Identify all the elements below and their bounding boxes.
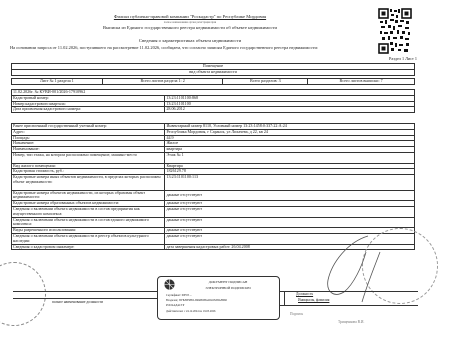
request-basis: На основании запроса от 11.02.2026, пост… <box>10 45 318 50</box>
row-value: данные отсутствуют <box>165 190 415 201</box>
sheets-table: Лист № 1 раздела 1 Всего листов раздела … <box>11 78 415 85</box>
esign-validity: Действителен: с 24.12.2024 по 19.03.2026 <box>166 309 215 314</box>
divider <box>13 291 158 292</box>
total-sheets-count: Всего листов выписки: 7 <box>308 79 415 85</box>
row-value: 13:23:1101100:113 <box>165 175 415 190</box>
divider <box>13 298 158 299</box>
signer-name: Трищенкова В.И. <box>338 320 364 325</box>
electronic-signature-box: ДОКУМЕНТ ПОДПИСАН ЭЛЕКТРОННОЙ ПОДПИСЬЮ С… <box>157 276 280 320</box>
esign-subtitle: ЭЛЕКТРОННОЙ ПОДПИСЬЮ <box>178 286 278 291</box>
section-sheet: Раздел 1 Лист 1 <box>389 56 417 61</box>
agency-caption: полное наименование органа регистрации п… <box>0 20 380 25</box>
divider <box>278 305 418 306</box>
row-label: Кадастровые номера иных объектов недвижи… <box>12 175 165 190</box>
qr-code-icon <box>378 7 412 55</box>
object-type-caption: вид объекта недвижимости <box>12 69 415 75</box>
handwritten-signature-icon <box>318 232 398 314</box>
row-label: Сведения о включении объекта недвижимост… <box>12 206 165 217</box>
row-value: данные отсутствуют <box>165 217 415 228</box>
document-title: Выписка из Единого государственного реес… <box>0 25 380 30</box>
row-value: данные отсутствуют <box>165 206 415 217</box>
sheet-number: Лист № 1 раздела 1 <box>12 79 103 85</box>
table-row: Кадастровые номера иных объектов недвижи… <box>12 175 415 190</box>
row-label: Сведения о кадастровом инженере: <box>12 244 165 250</box>
row-label: Кадастровые номера объектов недвижимости… <box>12 190 165 201</box>
row-label: Номер, тип этажа, на котором расположено… <box>12 152 165 163</box>
table-row: Сведения о включении объекта недвижимост… <box>12 206 415 217</box>
assign-date-label: Дата присвоения кадастрового номера: <box>12 107 165 113</box>
sections-count: Всего разделов: 3 <box>223 79 308 85</box>
seal-stamp-left <box>0 262 46 326</box>
esign-title: ДОКУМЕНТ ПОДПИСАН <box>178 280 278 285</box>
esign-owner-org: РОСКАДАСТР <box>166 303 184 308</box>
assign-date-value: 28.06.2012 <box>165 107 415 113</box>
row-value: Этаж № 1 <box>165 152 415 163</box>
initials-label: Инициалы, фамилия <box>298 298 329 303</box>
table-row: Кадастровые номера объектов недвижимости… <box>12 190 415 201</box>
row-label: Сведения о включении объекта недвижимост… <box>12 217 165 228</box>
object-type-table: Помещение вид объекта недвижимости <box>11 63 415 76</box>
position-label: Должность <box>296 292 313 297</box>
signature-label: Подпись <box>290 312 303 317</box>
section-sheets-count: Всего листов раздела 1: 2 <box>102 79 223 85</box>
agency-name: Филиал публично-правовой компании "Роска… <box>0 14 380 19</box>
divider <box>284 291 285 305</box>
document-subtitle: Сведения о характеристиках объекта недви… <box>0 38 380 43</box>
table-row: Сведения о включении объекта недвижимост… <box>12 217 415 228</box>
table-row: Номер, тип этажа, на котором расположено… <box>12 152 415 163</box>
registration-table: 11.02.2026г. № КУВИ-001/2026-17910962 Ка… <box>11 89 415 113</box>
row-label: Сведения о включении объекта недвижимост… <box>12 233 165 244</box>
position-caption: полное наименование должности <box>52 300 103 305</box>
emblem-icon <box>164 279 175 290</box>
